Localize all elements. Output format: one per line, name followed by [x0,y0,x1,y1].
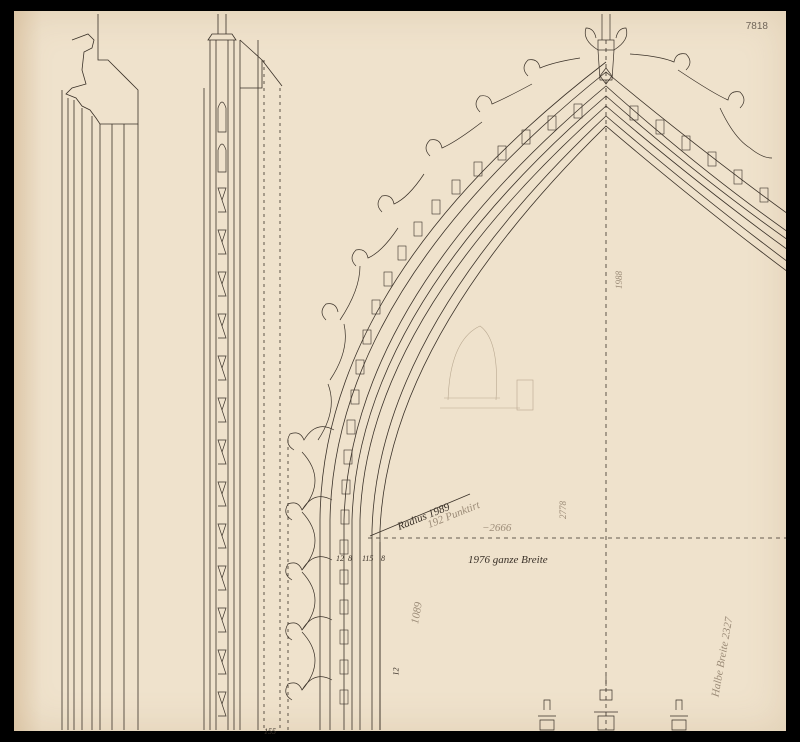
axis-top-annotation: 1988 [614,271,624,289]
width-annotation: 1976 ganze Breite [468,554,548,566]
dim-12b: 12 [392,668,401,676]
dim-8b: 8 [381,554,385,563]
inventory-mark: 7818 [746,21,768,32]
axis-side-annotation: 2778 [558,501,568,519]
dim-12: 12 [336,554,344,563]
left-column-profile [62,14,138,730]
architectural-drawing [14,11,786,731]
dim-8a: 8 [348,554,352,563]
drawing-sheet: Radius 1989 192 Punktirt −2666 1976 ganz… [14,11,786,731]
pointed-arch [288,40,786,730]
arch-dentils [340,104,768,704]
span-pencil-annotation: −2666 [482,522,511,534]
dim-155: 155 [264,727,276,736]
bottom-finials [538,676,688,730]
middle-shaft [204,14,282,730]
dim-115: 115 [362,554,373,563]
